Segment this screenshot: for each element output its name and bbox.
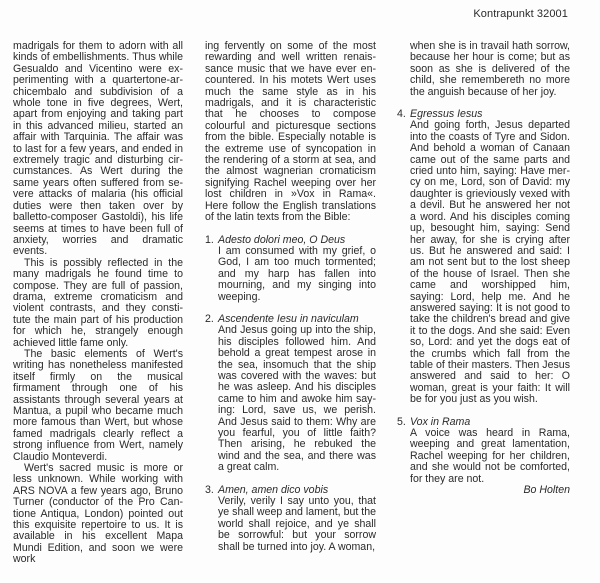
translation-text: I am consumed with my grief, o God, I am… bbox=[218, 246, 376, 303]
translation-text: Verily, verily I say unto you, that ye s… bbox=[218, 496, 376, 553]
text-column-1: madrigals for them to adorn with all kin… bbox=[13, 41, 183, 566]
text-column-2: ing fervently on some of the most re­war… bbox=[205, 41, 376, 553]
paragraph: madrigals for them to adorn with all kin… bbox=[13, 41, 183, 258]
translation-item: 1. Adesto dolori meo, O Deus I am consum… bbox=[205, 235, 376, 303]
paragraph: The basic elements of Wert's writ­ing ha… bbox=[13, 349, 183, 463]
item-number: 5. bbox=[397, 417, 406, 428]
item-number: 2. bbox=[205, 314, 214, 325]
catalog-number: Kontrapunkt 32001 bbox=[473, 9, 568, 20]
item-number: 3. bbox=[205, 485, 214, 496]
paragraph: This is possibly reflected in the many m… bbox=[13, 258, 183, 349]
paragraph: Wert's sacred music is more or less unkn… bbox=[13, 463, 183, 566]
translation-continuation: when she is in travail hath sorrow, beca… bbox=[397, 41, 570, 98]
translation-item: 4. Egressus Iesus And going forth, Jesus… bbox=[397, 109, 570, 406]
translation-text: when she is in travail hath sorrow, beca… bbox=[410, 41, 570, 98]
author-signature: Bo Holten bbox=[410, 485, 570, 496]
translation-item: 2. Ascendente Iesu in naviculam And Jesu… bbox=[205, 314, 376, 474]
translation-item: 5. Vox in Rama A voice was heard in Rama… bbox=[397, 417, 570, 497]
translation-item: 3. Amen, amen dico vobis Verily, verily … bbox=[205, 485, 376, 553]
item-number: 1. bbox=[205, 235, 214, 246]
item-number: 4. bbox=[397, 109, 406, 120]
translation-text: And going forth, Jesus departed into the… bbox=[410, 120, 570, 405]
paragraph: ing fervently on some of the most re­war… bbox=[205, 41, 376, 224]
translation-text: And Jesus going up into the ship, his di… bbox=[218, 325, 376, 473]
text-column-3: when she is in travail hath sorrow, beca… bbox=[397, 41, 570, 496]
translation-text: A voice was heard in Rama, weeping and g… bbox=[410, 428, 570, 485]
